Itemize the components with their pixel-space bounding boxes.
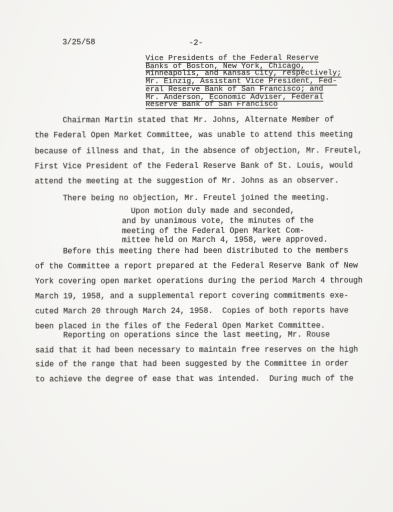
text-line: the Federal Open Market Committee, was u… bbox=[35, 129, 363, 145]
text-line: York covering open market operations dur… bbox=[35, 275, 363, 291]
paragraph-chairman-statement: Chairman Martin stated that Mr. Johns, A… bbox=[35, 114, 363, 191]
text-line: said that it had been necessary to maint… bbox=[35, 343, 358, 359]
document-page: 3/25/58 -2- Vice Presidents of the Feder… bbox=[0, 0, 393, 512]
text-line: There being no objection, Mr. Freutel jo… bbox=[35, 192, 330, 208]
text-line: cuted March 20 through March 24, 1958. C… bbox=[35, 305, 363, 321]
paragraph-reports-distributed: Before this meeting there had been distr… bbox=[35, 245, 363, 336]
text-line: because of illness and that, in the abse… bbox=[35, 144, 363, 160]
text-line: Reporting on operations since the last m… bbox=[35, 329, 358, 345]
attendance-line: Reserve Bank of San Francisco bbox=[146, 102, 342, 110]
attendance-block: Vice Presidents of the Federal Reserve B… bbox=[145, 56, 341, 110]
motion-block: Upon motion duly made and seconded, and … bbox=[122, 208, 328, 248]
text-line: Chairman Martin stated that Mr. Johns, A… bbox=[35, 114, 363, 130]
text-line: March 19, 1958, and a supplemental repor… bbox=[35, 290, 363, 306]
text-line: of the Committee a report prepared at th… bbox=[35, 260, 363, 276]
text-line: attend the meeting at the suggestion of … bbox=[35, 175, 363, 191]
paragraph-rouse-report: Reporting on operations since the last m… bbox=[35, 329, 358, 389]
scanned-page-content: 3/25/58 -2- Vice Presidents of the Feder… bbox=[0, 0, 393, 512]
text-line: side of the range that had been suggeste… bbox=[35, 358, 358, 374]
text-line: to achieve the degree of ease that was i… bbox=[35, 373, 358, 389]
text-line: First Vice President of the Federal Rese… bbox=[35, 159, 363, 175]
text-line: Before this meeting there had been distr… bbox=[35, 245, 363, 261]
paragraph-no-objection: There being no objection, Mr. Freutel jo… bbox=[35, 192, 330, 208]
page-number: -2- bbox=[0, 39, 392, 48]
text-line: Upon motion duly made and seconded, bbox=[122, 208, 328, 218]
text-line: and by unanimous vote, the minutes of th… bbox=[122, 217, 328, 227]
